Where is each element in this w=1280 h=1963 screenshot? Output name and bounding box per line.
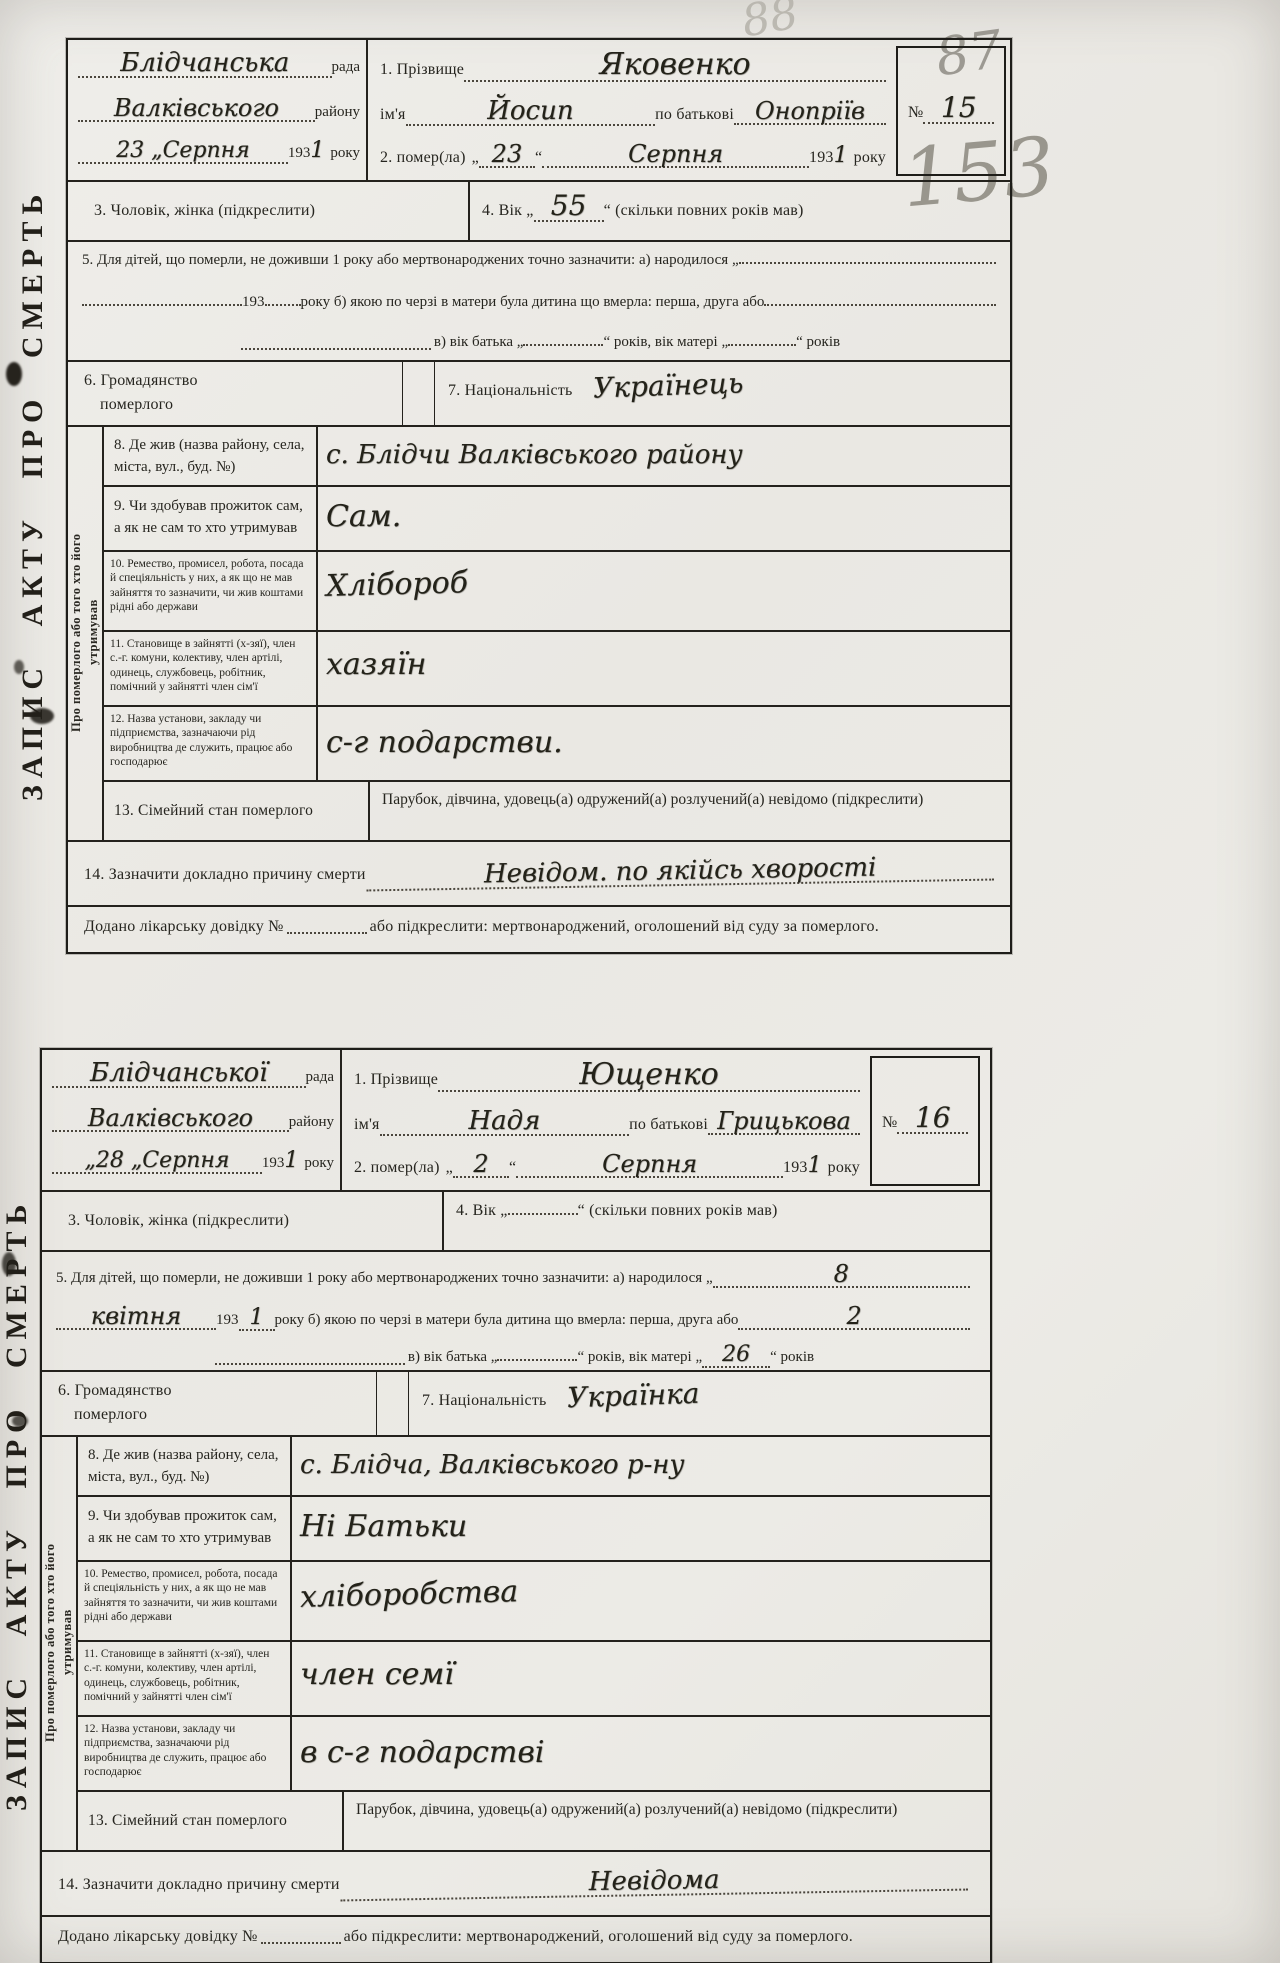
- infant-label-b: року б) якою по черзі в матери була дити…: [301, 294, 765, 311]
- nationality-label: 7. Національність: [422, 1392, 547, 1410]
- institution-label: 12. Назва установи, закладу чи підприємс…: [84, 1722, 284, 1780]
- institution-handwritten: с-г подарстви.: [326, 728, 563, 758]
- rule: [42, 1370, 990, 1372]
- patronymic-handwritten: Онопріїв: [734, 99, 886, 125]
- died-label: 2. помер(ла): [354, 1159, 440, 1177]
- rule: [42, 1250, 990, 1252]
- footer-label-1: Додано лікарську довідку №: [58, 1928, 258, 1946]
- infant-line-b: квітня 193 1 року б) якою по черзі в мат…: [56, 1304, 970, 1331]
- name-handwritten: Йосип: [406, 98, 656, 126]
- rule: [102, 425, 104, 840]
- reg-date-handwritten: „28 „Серпня: [52, 1150, 262, 1174]
- year-suffix: року: [304, 1155, 334, 1172]
- year-printed: 193: [288, 145, 311, 162]
- age-label-suffix: “ (скільки повних років мав): [604, 202, 804, 220]
- occupation-label: 10. Ремество, промисел, робота, посада й…: [84, 1567, 284, 1625]
- citizenship-label2: померлого: [100, 396, 173, 414]
- year-digit-handwritten: 1: [808, 1155, 822, 1177]
- residence-label: 8. Де жив (назва району, села, міста, ву…: [114, 435, 308, 479]
- surname-handwritten: Яковенко: [464, 50, 886, 82]
- rule: [342, 1790, 344, 1850]
- rule: [42, 1190, 990, 1192]
- death-day-handwritten: 2: [453, 1152, 509, 1178]
- district-handwritten: Валківського: [78, 96, 315, 122]
- rule: [68, 360, 1010, 362]
- occupation-label: 10. Ремество, промисел, робота, посада й…: [110, 557, 310, 615]
- cause-handwritten: Невідом. по якійсь хворості: [366, 853, 995, 892]
- about-deceased-strip: Про померлого або того хто його утримува…: [42, 1435, 76, 1850]
- rule: [340, 1050, 342, 1190]
- infant-line-b: 193 року б) якою по черзі в матери була …: [82, 294, 996, 311]
- rule: [102, 780, 1010, 782]
- year-digit-handwritten: 1: [834, 145, 848, 167]
- position-handwritten: хазяїн: [326, 650, 426, 680]
- mother-age-handwritten: [728, 344, 796, 346]
- registration-date-row: 23 „Серпня 193 1 року: [78, 140, 360, 164]
- dotted-line: [241, 334, 431, 350]
- council-handwritten: Блідчанської: [52, 1060, 306, 1088]
- rule: [42, 1850, 990, 1852]
- dotted-line: [261, 1928, 341, 1944]
- year-digit-handwritten: 1: [310, 140, 324, 162]
- year-printed: 193: [242, 294, 265, 311]
- position-label: 11. Становище в зайнятті (х-зяї), член с…: [110, 637, 310, 695]
- citizenship-label: 6. Громадянство: [58, 1382, 172, 1400]
- record-number-handwritten: 15: [923, 94, 994, 124]
- marital-status-label: 13. Сімейний стан померлого: [114, 802, 364, 820]
- death-month-handwritten: Серпня: [542, 142, 809, 168]
- rule: [316, 425, 318, 780]
- died-label: 2. помер(ла): [380, 149, 466, 167]
- born-day-handwritten: 8: [713, 1262, 970, 1288]
- rule: [290, 1435, 292, 1790]
- father-age-label: в) вік батька „: [408, 1349, 498, 1366]
- born-year-digit: 1: [239, 1307, 275, 1331]
- born-day-handwritten: [739, 262, 996, 264]
- cause-label: 14. Зазначити докладно причину смерти: [84, 866, 366, 884]
- name-label: ім'я: [354, 1116, 380, 1134]
- side-label-record-of-death: ЗАПИС АКТУ ПРО СМЕРТЬ: [16, 38, 64, 950]
- rule: [102, 485, 1010, 487]
- institution-label: 12. Назва установи, закладу чи підприємс…: [110, 712, 310, 770]
- council-row: Блідчанська рада: [78, 50, 360, 78]
- age-handwritten: 55: [534, 192, 604, 222]
- about-deceased-strip: Про померлого або того хто його утримува…: [68, 425, 102, 840]
- footer-label-1: Додано лікарську довідку №: [84, 918, 284, 936]
- rule: [76, 1790, 990, 1792]
- dotted-line: [287, 918, 367, 934]
- district-row: Валківського району: [52, 1106, 334, 1132]
- institution-handwritten: в с-г подарстві: [300, 1738, 544, 1768]
- residence-handwritten: с. Блідча, Валківського р-ну: [300, 1452, 684, 1478]
- infant-line-v: в) вік батька „ “ років, вік матері „ “ …: [82, 334, 996, 353]
- father-age-label: в) вік батька „: [434, 334, 524, 351]
- strip-text-1: Про померлого або того хто його: [43, 1435, 58, 1850]
- residence-handwritten: с. Блідчи Валківського району: [326, 442, 743, 468]
- position-handwritten: член семї: [300, 1660, 454, 1690]
- surname-row: 1. Прізвище Ющенко: [354, 1060, 860, 1092]
- nationality-row: 7. Національність Українка: [422, 1382, 970, 1410]
- rule: [442, 1190, 444, 1250]
- father-age-handwritten: [497, 1359, 577, 1361]
- age-row: 4. Вік „ “ (скільки повних років мав): [456, 1202, 970, 1220]
- infant-label-a: 5. Для дітей, що померли, не доживши 1 р…: [82, 252, 739, 269]
- cause-label: 14. Зазначити докладно причину смерти: [58, 1876, 340, 1894]
- years-suffix: “ років: [770, 1349, 814, 1366]
- marital-status-options: Парубок, дівчина, удовець(а) одружений(а…: [382, 788, 996, 811]
- council-row: Блідчанської рада: [52, 1060, 334, 1088]
- council-suffix: рада: [306, 1069, 334, 1086]
- rule: [68, 840, 1010, 842]
- infant-label-b: року б) якою по черзі в матери була дити…: [275, 1312, 739, 1329]
- rule: [376, 1370, 377, 1435]
- child-order-handwritten: [764, 304, 996, 306]
- year-printed: 193: [262, 1155, 285, 1172]
- year-printed: 193: [809, 149, 834, 167]
- year-printed: 193: [783, 1159, 808, 1177]
- number-sign: №: [882, 1114, 897, 1132]
- citizenship-label2: померлого: [74, 1406, 147, 1424]
- year-suffix: року: [828, 1159, 860, 1177]
- rule: [368, 780, 370, 840]
- number-sign: №: [908, 104, 923, 122]
- infant-line-a: 5. Для дітей, що померли, не доживши 1 р…: [82, 252, 996, 269]
- side-label-record-of-death: ЗАПИС АКТУ ПРО СМЕРТЬ: [0, 1048, 38, 1960]
- reg-date-handwritten: 23 „Серпня: [78, 140, 288, 164]
- infant-line-v: в) вік батька „ “ років, вік матері „ 26…: [56, 1344, 970, 1368]
- death-date-row: 2. помер(ла) „ 2 “ Серпня 193 1 року: [354, 1152, 860, 1178]
- name-label: ім'я: [380, 106, 406, 124]
- record-number-handwritten: 16: [897, 1104, 968, 1134]
- mother-age-label: “ років, вік матері „: [603, 334, 728, 351]
- surname-handwritten: Ющенко: [438, 1060, 860, 1092]
- strip-text-2: утримував: [60, 1435, 75, 1850]
- footer-label-2: або підкреслити: мертвонароджений, оголо…: [370, 918, 879, 936]
- rule: [408, 1370, 409, 1435]
- record-number-box: № 16: [870, 1056, 980, 1186]
- rule: [42, 1915, 990, 1917]
- child-order-handwritten: 2: [738, 1304, 970, 1330]
- council-handwritten: Блідчанська: [78, 50, 332, 78]
- rule: [68, 180, 1010, 182]
- name-row: ім'я Йосип по батькові Онопріїв: [380, 98, 886, 126]
- age-row: 4. Вік „ 55 “ (скільки повних років мав): [482, 192, 996, 222]
- income-label: 9. Чи здобував прожиток сам, а як не сам…: [88, 1506, 282, 1550]
- sex-field-label: 3. Чоловік, жінка (підкреслити): [68, 1212, 289, 1230]
- medical-note-row: Додано лікарську довідку № або підкресли…: [58, 1928, 968, 1947]
- cause-handwritten: Невідома: [340, 1863, 969, 1902]
- district-row: Валківського району: [78, 96, 360, 122]
- mother-age-handwritten: 26: [702, 1344, 770, 1368]
- citizenship-label: 6. Громадянство: [84, 372, 198, 390]
- position-label: 11. Становище в зайнятті (х-зяї), член с…: [84, 1647, 284, 1705]
- quote: „: [472, 149, 479, 167]
- surname-label: 1. Прізвище: [354, 1071, 438, 1089]
- father-age-handwritten: [523, 344, 603, 346]
- footer-label-2: або підкреслити: мертвонароджений, оголо…: [344, 1928, 853, 1946]
- income-label: 9. Чи здобував прожиток сам, а як не сам…: [114, 496, 308, 540]
- rule: [102, 550, 1010, 552]
- cause-of-death-row: 14. Зазначити докладно причину смерти Не…: [58, 1868, 968, 1896]
- age-label: 4. Вік „: [482, 202, 534, 220]
- nationality-label: 7. Національність: [448, 382, 573, 400]
- marital-status-label: 13. Сімейний стан померлого: [88, 1812, 338, 1830]
- side-label-text: ЗАПИС АКТУ ПРО СМЕРТЬ: [0, 1048, 34, 1960]
- rule: [68, 425, 1010, 427]
- marital-status-options: Парубок, дівчина, удовець(а) одружений(а…: [356, 1798, 970, 1821]
- death-date-row: 2. помер(ла) „ 23 “ Серпня 193 1 року: [380, 142, 886, 168]
- infant-label-a: 5. Для дітей, що померли, не доживши 1 р…: [56, 1270, 713, 1287]
- rule: [42, 1435, 990, 1437]
- born-month-handwritten: квітня: [56, 1304, 216, 1330]
- name-row: ім'я Надя по батькові Грицькова: [354, 1108, 860, 1136]
- infant-line-a: 5. Для дітей, що померли, не доживши 1 р…: [56, 1262, 970, 1288]
- rule: [76, 1640, 990, 1642]
- rule: [102, 630, 1010, 632]
- nationality-row: 7. Національність Українець: [448, 372, 996, 400]
- cause-of-death-row: 14. Зазначити докладно причину смерти Не…: [84, 858, 994, 886]
- patronymic-handwritten: Грицькова: [708, 1109, 860, 1135]
- patronymic-label: по батькові: [655, 106, 734, 124]
- rule: [68, 240, 1010, 242]
- record-number-box: № 15: [896, 46, 1006, 176]
- occupation-handwritten: Хлібороб: [326, 568, 469, 602]
- year-printed: 193: [216, 1312, 239, 1329]
- death-record-form-16: Блідчанської рада Валківського району „2…: [40, 1048, 992, 1963]
- rule: [76, 1495, 990, 1497]
- age-label-suffix: “ (скільки повних років мав): [578, 1202, 778, 1220]
- rule: [366, 40, 368, 180]
- death-month-handwritten: Серпня: [516, 1152, 783, 1178]
- year-suffix: року: [854, 149, 886, 167]
- district-suffix: району: [315, 104, 360, 121]
- district-handwritten: Валківського: [52, 1106, 289, 1132]
- rule: [68, 905, 1010, 907]
- sex-field-label: 3. Чоловік, жінка (підкреслити): [94, 202, 315, 220]
- name-handwritten: Надя: [380, 1108, 630, 1136]
- rule: [434, 360, 435, 425]
- nationality-handwritten: Українець: [592, 369, 743, 402]
- years-suffix: “ років: [796, 334, 840, 351]
- occupation-handwritten: хліборобства: [300, 1577, 519, 1613]
- registration-date-row: „28 „Серпня 193 1 року: [52, 1150, 334, 1174]
- born-year-digit: [265, 304, 301, 306]
- mother-age-label: “ років, вік матері „: [577, 1349, 702, 1366]
- rule: [76, 1435, 78, 1850]
- rule: [102, 705, 1010, 707]
- surname-label: 1. Прізвище: [380, 61, 464, 79]
- quote: “: [509, 1159, 516, 1177]
- side-label-text: ЗАПИС АКТУ ПРО СМЕРТЬ: [16, 38, 50, 950]
- scanned-paper: 88 87 153 ЗАПИС АКТУ ПРО СМЕРТЬ Блідчанс…: [0, 0, 1280, 1963]
- year-suffix: року: [330, 145, 360, 162]
- rule: [468, 180, 470, 240]
- strip-text-2: утримував: [86, 425, 101, 840]
- quote: „: [446, 1159, 453, 1177]
- council-suffix: рада: [332, 59, 360, 76]
- dotted-line: [215, 1349, 405, 1365]
- death-record-form-15: Блідчанська рада Валківського району 23 …: [66, 38, 1012, 954]
- age-handwritten: [508, 1213, 578, 1215]
- death-day-handwritten: 23: [479, 142, 535, 168]
- rule: [76, 1715, 990, 1717]
- born-month-handwritten: [82, 304, 242, 306]
- rule: [402, 360, 403, 425]
- residence-label: 8. Де жив (назва району, села, міста, ву…: [88, 1445, 282, 1489]
- income-handwritten: Ні Батьки: [300, 1512, 467, 1542]
- age-label: 4. Вік „: [456, 1202, 508, 1220]
- nationality-handwritten: Українка: [566, 1380, 699, 1413]
- quote: “: [535, 149, 542, 167]
- patronymic-label: по батькові: [629, 1116, 708, 1134]
- income-handwritten: Сам.: [326, 502, 401, 532]
- medical-note-row: Додано лікарську довідку № або підкресли…: [84, 918, 994, 937]
- surname-row: 1. Прізвище Яковенко: [380, 50, 886, 82]
- rule: [76, 1560, 990, 1562]
- district-suffix: району: [289, 1114, 334, 1131]
- strip-text-1: Про померлого або того хто його: [69, 425, 84, 840]
- year-digit-handwritten: 1: [284, 1150, 298, 1172]
